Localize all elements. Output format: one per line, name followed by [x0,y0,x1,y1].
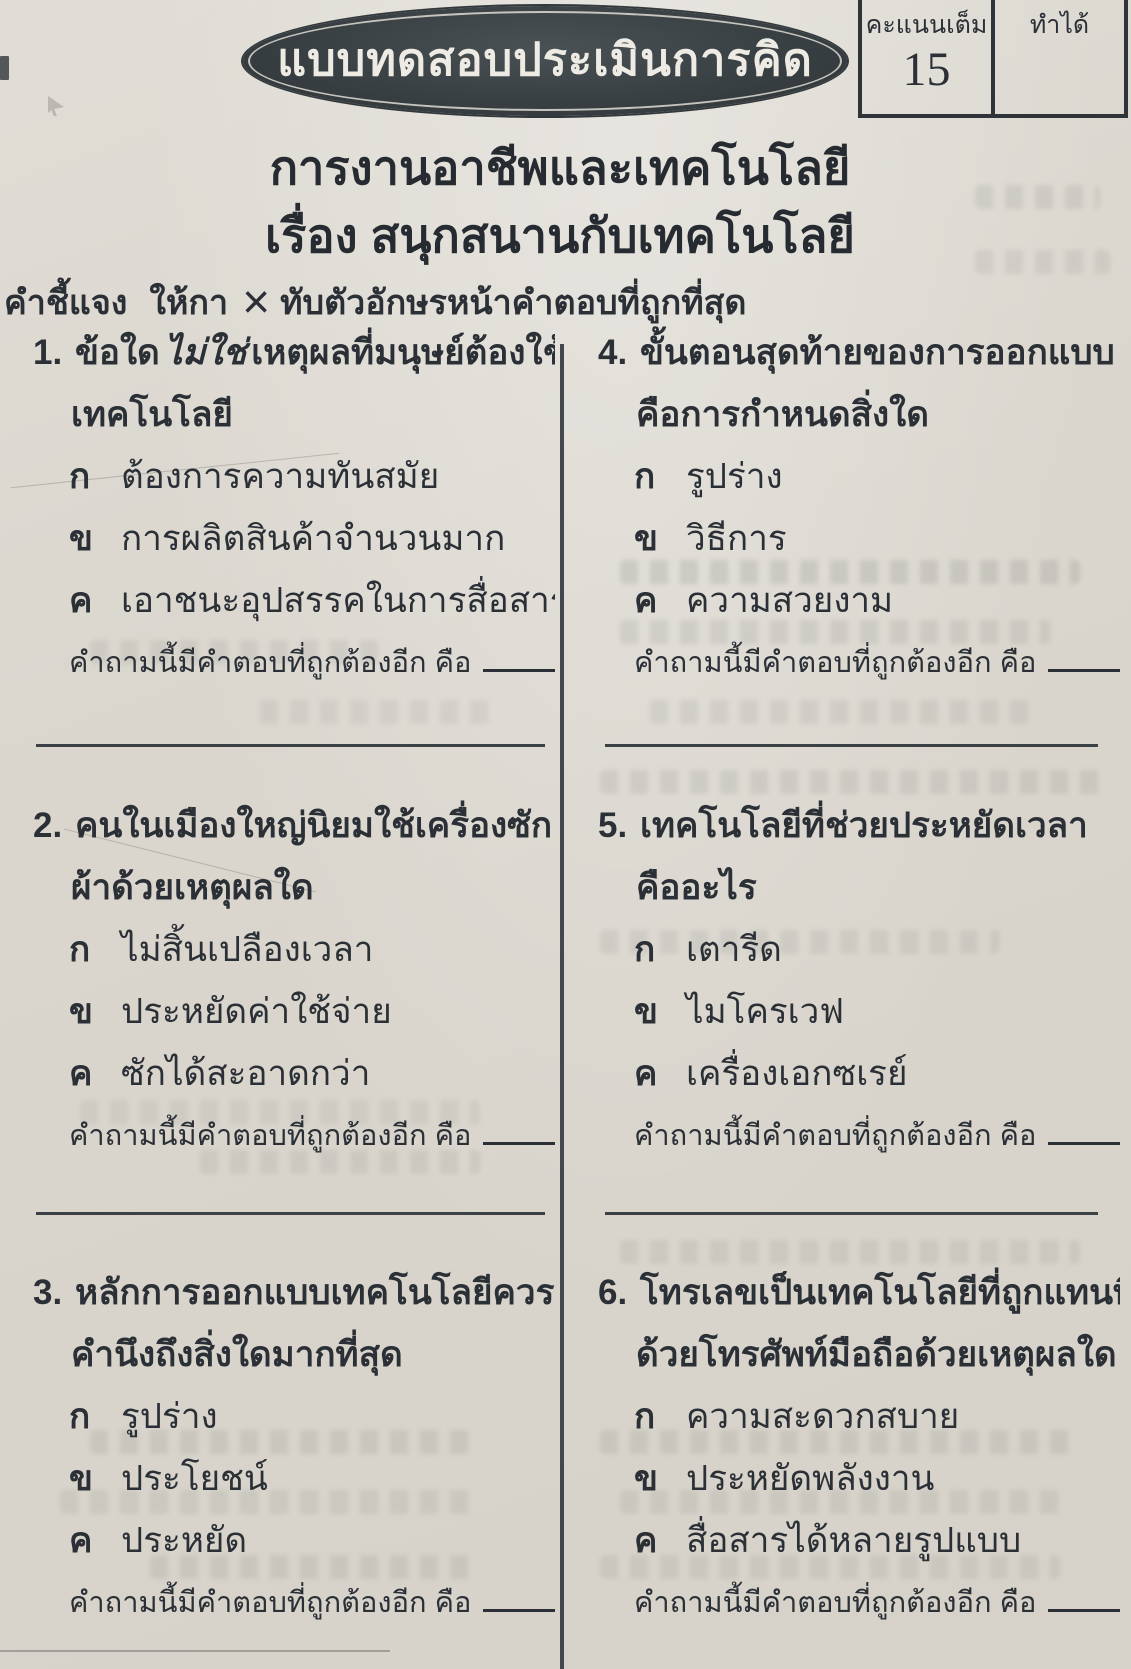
question-6-line2: ด้วยโทรศัพท์มือถือด้วยเหตุผลใด [636,1324,1120,1386]
choice-letter: ค [634,1510,686,1572]
partial-separator-line [0,1650,390,1652]
bleedthrough-artifact [600,770,1100,794]
followup-line: คำถามนี้มีคำตอบที่ถูกต้องอีก คือ [634,1572,1120,1634]
choice-row: ข ประหยัดค่าใช้จ่าย [69,981,555,1043]
choice-letter: ค [69,570,121,632]
bleedthrough-artifact [620,1240,1080,1264]
answer-blank [483,1138,555,1145]
question-3-line1: 3. หลักการออกแบบเทคโนโลยีควร [33,1262,555,1324]
question-3: 3. หลักการออกแบบเทคโนโลยีควร คำนึงถึงสิ่… [33,1262,555,1634]
choice-row: ก รูปร่าง [69,1386,555,1448]
choice-text: รูปร่าง [686,446,783,508]
choice-row: ค ความสวยงาม [634,570,1120,632]
choice-text: เครื่องเอกซเรย์ [686,1043,907,1105]
answer-blank [1048,1138,1120,1145]
choice-letter: ค [634,570,686,632]
choice-row: ข ไมโครเวฟ [634,981,1120,1043]
choice-text: ไม่สิ้นเปลืองเวลา [121,919,373,981]
bleedthrough-artifact [650,700,1030,724]
choice-letter: ค [69,1510,121,1572]
choice-letter: ก [69,446,121,508]
question-5-line2: คืออะไร [636,857,1120,919]
followup-text: คำถามนี้มีคำตอบที่ถูกต้องอีก คือ [69,1120,471,1152]
choice-row: ค ประหยัด [69,1510,555,1572]
choice-letter: ข [634,508,686,570]
choice-row: ก เตารีด [634,919,1120,981]
cross-mark: × [242,279,270,327]
answer-blank [483,1605,555,1612]
choice-letter: ก [69,1386,121,1448]
question-number: 2. [33,795,75,857]
choice-row: ค เอาชนะอุปสรรคในการสื่อสาร [69,570,555,632]
choice-row: ข วิธีการ [634,508,1120,570]
scan-edge-mark [0,56,9,80]
choice-text: ต้องการความทันสมัย [121,446,439,508]
question-text: คนในเมืองใหญ่นิยมใช้เครื่องซัก [75,795,552,857]
choice-text: ประหยัดพลังงาน [686,1448,934,1510]
score-table: คะแนนเต็ม 15 ทำได้ [858,0,1128,118]
choice-text: การผลิตสินค้าจำนวนมาก [121,508,505,570]
answer-blank [483,665,555,672]
choice-row: ค เครื่องเอกซเรย์ [634,1043,1120,1105]
question-4-line1: 4. ขั้นตอนสุดท้ายของการออกแบบ [598,322,1120,384]
choice-letter: ข [634,1448,686,1510]
choice-row: ค ซักได้สะอาดกว่า [69,1043,555,1105]
question-separator-line [605,744,1098,747]
followup-line: คำถามนี้มีคำตอบที่ถูกต้องอีก คือ [69,632,555,694]
answer-blank [1048,1605,1120,1612]
choice-text: ประหยัด [121,1510,247,1572]
choice-text: รูปร่าง [121,1386,218,1448]
followup-text: คำถามนี้มีคำตอบที่ถูกต้องอีก คือ [634,1587,1036,1619]
choice-row: ข ประหยัดพลังงาน [634,1448,1120,1510]
choice-letter: ก [634,919,686,981]
choice-letter: ข [69,508,121,570]
question-2-line2: ผ้าด้วยเหตุผลใด [71,857,555,919]
question-text: ขั้นตอนสุดท้ายของการออกแบบ [640,322,1115,384]
choice-text: ประหยัดค่าใช้จ่าย [121,981,392,1043]
choice-letter: ข [634,981,686,1043]
choice-row: ก รูปร่าง [634,446,1120,508]
choice-text: วิธีการ [686,508,787,570]
answer-blank [1048,665,1120,672]
choice-text: เตารีด [686,919,782,981]
emphasized-word: ไม่ใช่ [165,333,247,372]
followup-line: คำถามนี้มีคำตอบที่ถูกต้องอีก คือ [69,1105,555,1167]
followup-text: คำถามนี้มีคำตอบที่ถูกต้องอีก คือ [634,647,1036,679]
question-number: 5. [598,795,640,857]
followup-line: คำถามนี้มีคำตอบที่ถูกต้องอีก คือ [634,632,1120,694]
subject-title: การงานอาชีพและเทคโนโลยี [0,136,1120,200]
question-2-line1: 2. คนในเมืองใหญ่นิยมใช้เครื่องซัก [33,795,555,857]
choice-letter: ก [634,446,686,508]
question-separator-line [36,744,545,747]
followup-text: คำถามนี้มีคำตอบที่ถูกต้องอีก คือ [69,647,471,679]
column-divider-line [560,344,564,1669]
banner-title: แบบทดสอบประเมินการคิด [277,23,813,99]
choice-letter: ก [69,919,121,981]
question-3-line2: คำนึงถึงสิ่งใดมากที่สุด [71,1324,555,1386]
followup-text: คำถามนี้มีคำตอบที่ถูกต้องอีก คือ [69,1587,471,1619]
question-text: ข้อใดไม่ใช่เหตุผลที่มนุษย์ต้องใช้ [75,322,555,384]
question-5: 5. เทคโนโลยีที่ช่วยประหยัดเวลา คืออะไร ก… [598,795,1120,1167]
question-2: 2. คนในเมืองใหญ่นิยมใช้เครื่องซัก ผ้าด้ว… [33,795,555,1167]
choice-letter: ค [634,1043,686,1105]
question-number: 3. [33,1262,75,1324]
question-6-line1: 6. โทรเลขเป็นเทคโนโลยีที่ถูกแทนที่ [598,1262,1120,1324]
choice-letter: ก [634,1386,686,1448]
choice-row: ข การผลิตสินค้าจำนวนมาก [69,508,555,570]
choice-text: สื่อสารได้หลายรูปแบบ [686,1510,1021,1572]
question-5-line1: 5. เทคโนโลยีที่ช่วยประหยัดเวลา [598,795,1120,857]
question-1: 1. ข้อใดไม่ใช่เหตุผลที่มนุษย์ต้องใช้ เทค… [33,322,555,694]
question-1-line2: เทคโนโลยี [71,384,555,446]
smudge-artifact [48,96,64,116]
choice-row: ก ความสะดวกสบาย [634,1386,1120,1448]
worksheet-page: แบบทดสอบประเมินการคิด คะแนนเต็ม 15 ทำได้… [0,0,1131,1669]
choice-text: เอาชนะอุปสรรคในการสื่อสาร [121,570,555,632]
score-cell-done: ทำได้ [995,0,1124,114]
choice-text: ประโยชน์ [121,1448,268,1510]
question-separator-line [36,1212,545,1215]
question-text: หลักการออกแบบเทคโนโลยีควร [75,1262,554,1324]
choice-letter: ข [69,1448,121,1510]
question-text: เทคโนโลยีที่ช่วยประหยัดเวลา [640,795,1088,857]
choice-row: ก ไม่สิ้นเปลืองเวลา [69,919,555,981]
followup-text: คำถามนี้มีคำตอบที่ถูกต้องอีก คือ [634,1120,1036,1152]
question-number: 1. [33,322,75,384]
done-score-label: ทำได้ [1030,8,1089,42]
choice-letter: ค [69,1043,121,1105]
choice-text: ความสวยงาม [686,570,893,632]
choice-text: ไมโครเวฟ [686,981,844,1043]
followup-line: คำถามนี้มีคำตอบที่ถูกต้องอีก คือ [69,1572,555,1634]
choice-row: ข ประโยชน์ [69,1448,555,1510]
choice-row: ค สื่อสารได้หลายรูปแบบ [634,1510,1120,1572]
full-score-label: คะแนนเต็ม [866,8,988,42]
question-1-line1: 1. ข้อใดไม่ใช่เหตุผลที่มนุษย์ต้องใช้ [33,322,555,384]
question-6: 6. โทรเลขเป็นเทคโนโลยีที่ถูกแทนที่ ด้วยโ… [598,1262,1120,1634]
test-banner: แบบทดสอบประเมินการคิด [243,6,847,116]
choice-row: ก ต้องการความทันสมัย [69,446,555,508]
choice-text: ความสะดวกสบาย [686,1386,959,1448]
full-score-value: 15 [903,42,951,98]
choice-letter: ข [69,981,121,1043]
question-number: 6. [598,1262,640,1324]
bleedthrough-artifact [260,700,500,724]
question-separator-line [605,1212,1098,1215]
question-number: 4. [598,322,640,384]
question-4-line2: คือการกำหนดสิ่งใด [636,384,1120,446]
followup-line: คำถามนี้มีคำตอบที่ถูกต้องอีก คือ [634,1105,1120,1167]
topic-title: เรื่อง สนุกสนานกับเทคโนโลยี [0,204,1120,268]
question-text: โทรเลขเป็นเทคโนโลยีที่ถูกแทนที่ [640,1262,1120,1324]
choice-text: ซักได้สะอาดกว่า [121,1043,370,1105]
score-cell-full: คะแนนเต็ม 15 [862,0,995,114]
question-4: 4. ขั้นตอนสุดท้ายของการออกแบบ คือการกำหน… [598,322,1120,694]
